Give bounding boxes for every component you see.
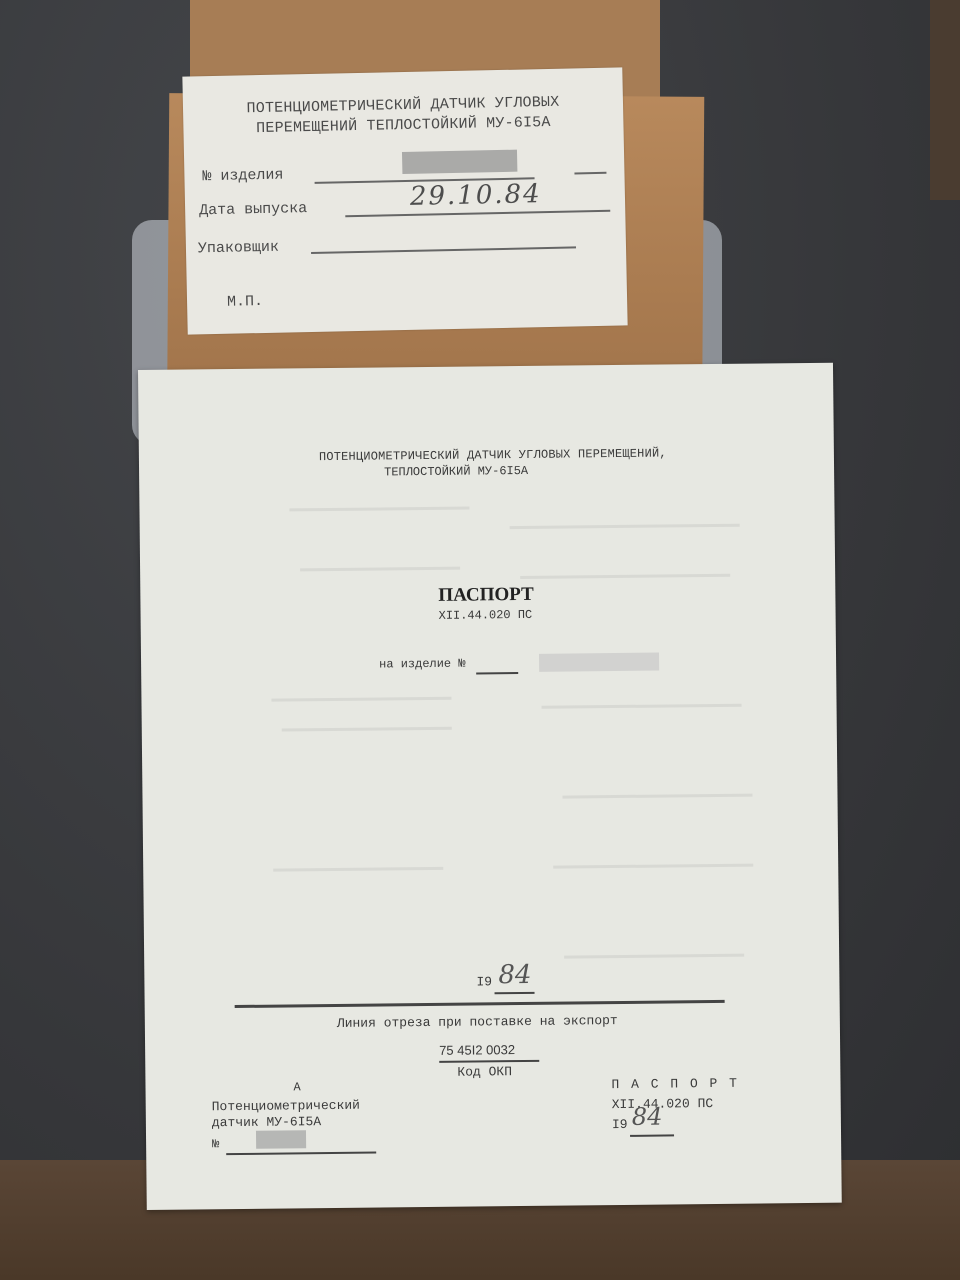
bleed-through <box>562 794 752 799</box>
okp-code: 75 45I2 0032 <box>439 1042 515 1058</box>
bleed-through <box>289 507 469 512</box>
item-number-line-end <box>574 172 606 175</box>
stub-left-line1: Потенциометрический <box>212 1098 360 1115</box>
bleed-through <box>282 727 452 732</box>
packer-line <box>311 246 576 254</box>
stub-letter: А <box>293 1080 300 1094</box>
passport-header-line2: ТЕПЛОСТОЙКИЙ МУ-6I5А <box>384 464 528 480</box>
label-title: ПОТЕНЦИОМЕТРИЧЕСКИЙ ДАТЧИК УГЛОВЫХ ПЕРЕМ… <box>183 91 624 140</box>
bleed-through <box>273 867 443 872</box>
bleed-through <box>520 574 730 579</box>
item-number-underline <box>476 672 518 674</box>
year-handwritten: 84 <box>498 960 531 990</box>
item-number-label: № изделия <box>202 167 283 186</box>
bleed-through <box>510 524 740 529</box>
stamp-label: М.П. <box>227 293 263 311</box>
passport-title: ПАСПОРТ <box>438 584 534 607</box>
packer-label: Упаковщик <box>198 239 279 258</box>
release-date-label: Дата выпуска <box>199 200 307 219</box>
stub-left-number-label: № <box>212 1137 219 1151</box>
bleed-through <box>542 704 742 709</box>
stub-right-year-underline <box>630 1134 674 1136</box>
bleed-through <box>553 864 753 869</box>
item-label: на изделие № <box>379 657 466 672</box>
bleed-through <box>300 567 460 572</box>
okp-underline <box>439 1060 539 1063</box>
stub-right-title: П А С П О Р Т <box>611 1076 739 1092</box>
stub-left-line2: датчик МУ-6I5А <box>212 1114 321 1130</box>
box-label: ПОТЕНЦИОМЕТРИЧЕСКИЙ ДАТЧИК УГЛОВЫХ ПЕРЕМ… <box>182 67 627 334</box>
stub-right-year-handwritten: 84 <box>632 1103 663 1131</box>
release-date-line <box>345 210 610 218</box>
stub-number-underline <box>226 1152 376 1156</box>
redacted-serial <box>539 653 659 672</box>
stub-right-year-prefix: I9 <box>612 1117 628 1132</box>
year-underline <box>495 992 535 994</box>
bleed-through <box>271 697 451 702</box>
release-date-value: 29.10.84 <box>410 179 542 212</box>
redacted-serial <box>256 1130 306 1149</box>
table-edge-right <box>930 0 960 200</box>
redacted-serial <box>402 150 517 174</box>
passport-code: XII.44.020 ПС <box>439 608 533 623</box>
stub-right-code: XII.44.020 ПС <box>612 1096 714 1112</box>
passport-header-line1: ПОТЕНЦИОМЕТРИЧЕСКИЙ ДАТЧИК УГЛОВЫХ ПЕРЕМ… <box>319 446 667 464</box>
bleed-through <box>564 954 744 959</box>
cut-line-text: Линия отреза при поставке на экспорт <box>337 1013 618 1031</box>
okp-label: Код ОКП <box>457 1064 512 1080</box>
cut-line <box>235 1000 725 1008</box>
passport-document: ПОТЕНЦИОМЕТРИЧЕСКИЙ ДАТЧИК УГЛОВЫХ ПЕРЕМ… <box>138 363 842 1210</box>
year-prefix: I9 <box>476 974 492 989</box>
